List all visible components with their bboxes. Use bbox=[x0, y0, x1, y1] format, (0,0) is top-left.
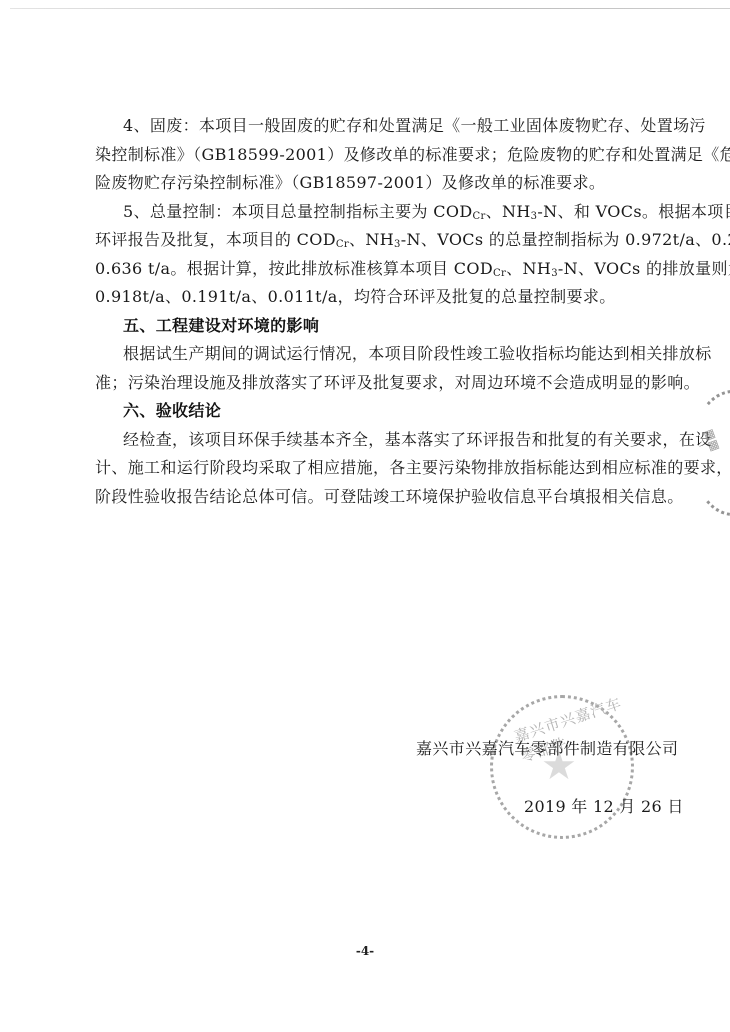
paragraph-line: 根据试生产期间的调试运行情况，本项目阶段性竣工验收指标均能达到相关排放标 bbox=[95, 340, 657, 369]
seam-stamp-text: ▦▦ bbox=[702, 427, 723, 453]
paragraph-line: 险废物贮存污染控制标准》（GB18597-2001）及修改单的标准要求。 bbox=[95, 169, 657, 198]
paragraph-line: 染控制标准》（GB18599-2001）及修改单的标准要求；危险废物的贮存和处置… bbox=[95, 141, 657, 170]
paragraph-line: 0.918t/a、0.191t/a、0.011t/a，均符合环评及批复的总量控制… bbox=[95, 283, 657, 312]
section-environmental-impact: 根据试生产期间的调试运行情况，本项目阶段性竣工验收指标均能达到相关排放标 准；污… bbox=[95, 340, 657, 397]
document-body: 4、固废：本项目一般固废的贮存和处置满足《一般工业固体废物贮存、处置场污 染控制… bbox=[95, 112, 657, 511]
signature-date: 2019 年 12 月 26 日 bbox=[524, 794, 684, 817]
page-number: -4- bbox=[0, 944, 730, 958]
paragraph-line: 4、固废：本项目一般固废的贮存和处置满足《一般工业固体废物贮存、处置场污 bbox=[95, 112, 657, 141]
paragraph-line: 0.636 t/a。根据计算，按此排放标准核算本项目 CODCr、NH3-N、V… bbox=[95, 255, 657, 284]
paragraph-line: 经检查，该项目环保手续基本齐全，基本落实了环评报告和批复的有关要求，在设 bbox=[95, 426, 657, 455]
paragraph-line: 环评报告及批复，本项目的 CODCr、NH3-N、VOCs 的总量控制指标为 0… bbox=[95, 226, 657, 255]
section-total-control: 5、总量控制：本项目总量控制指标主要为 CODCr、NH3-N、和 VOCs。根… bbox=[95, 198, 657, 312]
section-solid-waste: 4、固废：本项目一般固废的贮存和处置满足《一般工业固体废物贮存、处置场污 染控制… bbox=[95, 112, 657, 198]
company-seal-stamp: 嘉兴市兴嘉汽车零部件 ★ bbox=[490, 695, 634, 839]
paragraph-line: 阶段性验收报告结论总体可信。可登陆竣工环境保护验收信息平台填报相关信息。 bbox=[95, 483, 657, 512]
paragraph-line: 5、总量控制：本项目总量控制指标主要为 CODCr、NH3-N、和 VOCs。根… bbox=[95, 198, 657, 227]
paragraph-line: 准；污染治理设施及排放落实了环评及批复要求，对周边环境不会造成明显的影响。 bbox=[95, 369, 657, 398]
heading-environmental-impact: 五、工程建设对环境的影响 bbox=[95, 312, 657, 341]
scan-artifact-line bbox=[10, 8, 730, 9]
heading-acceptance-conclusion: 六、验收结论 bbox=[95, 397, 657, 426]
paragraph-line: 计、施工和运行阶段均采取了相应措施，各主要污染物排放指标能达到相应标准的要求， bbox=[95, 454, 657, 483]
company-name-signature: 嘉兴市兴嘉汽车零部件制造有限公司 bbox=[416, 736, 678, 759]
seam-stamp-partial: ▦▦ bbox=[690, 390, 730, 516]
section-acceptance-conclusion: 经检查，该项目环保手续基本齐全，基本落实了环评报告和批复的有关要求，在设 计、施… bbox=[95, 426, 657, 512]
